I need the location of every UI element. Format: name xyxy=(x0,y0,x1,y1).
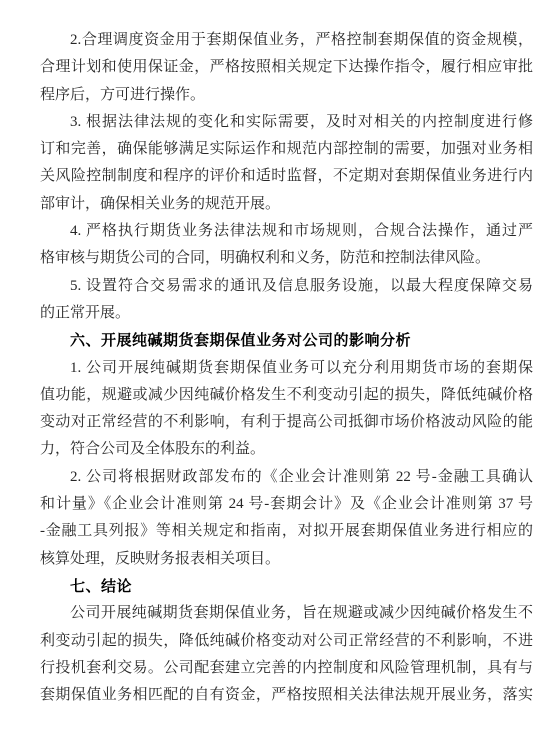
text-line: 1. 公司开展纯碱期货套期保值业务可以充分利用期货市场的套期保 xyxy=(40,355,533,382)
text-line: 公司开展纯碱期货套期保值业务，旨在规避或减少因纯碱价格发生不 xyxy=(40,600,533,627)
text-line: 核算处理，反映财务报表相关项目。 xyxy=(40,546,533,573)
section-heading-7: 七、结论 xyxy=(40,573,533,600)
text-line: -金融工具列报》等相关规定和指南，对拟开展套期保值业务进行相应的 xyxy=(40,518,533,545)
text-line: 关风险控制制度和程序的评价和适时监督，不定期对套期保值业务进行内 xyxy=(40,163,533,190)
text-line: 的正常开展。 xyxy=(40,300,533,327)
text-line: 3. 根据法律法规的变化和实际需要，及时对相关的内控制度进行修 xyxy=(40,109,533,136)
text-line: 合理计划和使用保证金，严格按照相关规定下达操作指令，履行相应审批 xyxy=(40,54,533,81)
text-line: 力，符合公司及全体股东的利益。 xyxy=(40,436,533,463)
text-line: 套期保值业务相匹配的自有资金，严格按照相关法律法规开展业务，落实 xyxy=(40,682,533,709)
text-line: 行投机套利交易。公司配套建立完善的内控制度和风险管理机制，具有与 xyxy=(40,655,533,682)
text-line: 4. 严格执行期货业务法律法规和市场规则，合规合法操作，通过严 xyxy=(40,218,533,245)
text-line: 格审核与期货公司的合同，明确权利和义务，防范和控制法律风险。 xyxy=(40,245,533,272)
text-line: 利变动引起的损失，降低纯碱价格变动对公司正常经营的不利影响，不进 xyxy=(40,628,533,655)
text-line: 程序后，方可进行操作。 xyxy=(40,82,533,109)
document-page: 2.合理调度资金用于套期保值业务，严格控制套期保值的资金规模， 合理计划和使用保… xyxy=(0,0,550,731)
text-line: 2. 公司将根据财政部发布的《企业会计准则第 22 号-金融工具确认 xyxy=(40,464,533,491)
text-line: 变动对正常经营的不利影响，有利于提高公司抵御市场价格波动风险的能 xyxy=(40,409,533,436)
text-line: 订和完善，确保能够满足实际运作和规范内部控制的需要，加强对业务相 xyxy=(40,136,533,163)
text-line: 部审计，确保相关业务的规范开展。 xyxy=(40,191,533,218)
text-line: 和计量》《企业会计准则第 24 号-套期会计》及《企业会计准则第 37 号 xyxy=(40,491,533,518)
text-line: 值功能，规避或减少因纯碱价格发生不利变动引起的损失，降低纯碱价格 xyxy=(40,382,533,409)
text-line: 5. 设置符合交易需求的通讯及信息服务设施，以最大程度保障交易 xyxy=(40,273,533,300)
text-line: 2.合理调度资金用于套期保值业务，严格控制套期保值的资金规模， xyxy=(40,27,533,54)
section-heading-6: 六、开展纯碱期货套期保值业务对公司的影响分析 xyxy=(40,327,533,354)
